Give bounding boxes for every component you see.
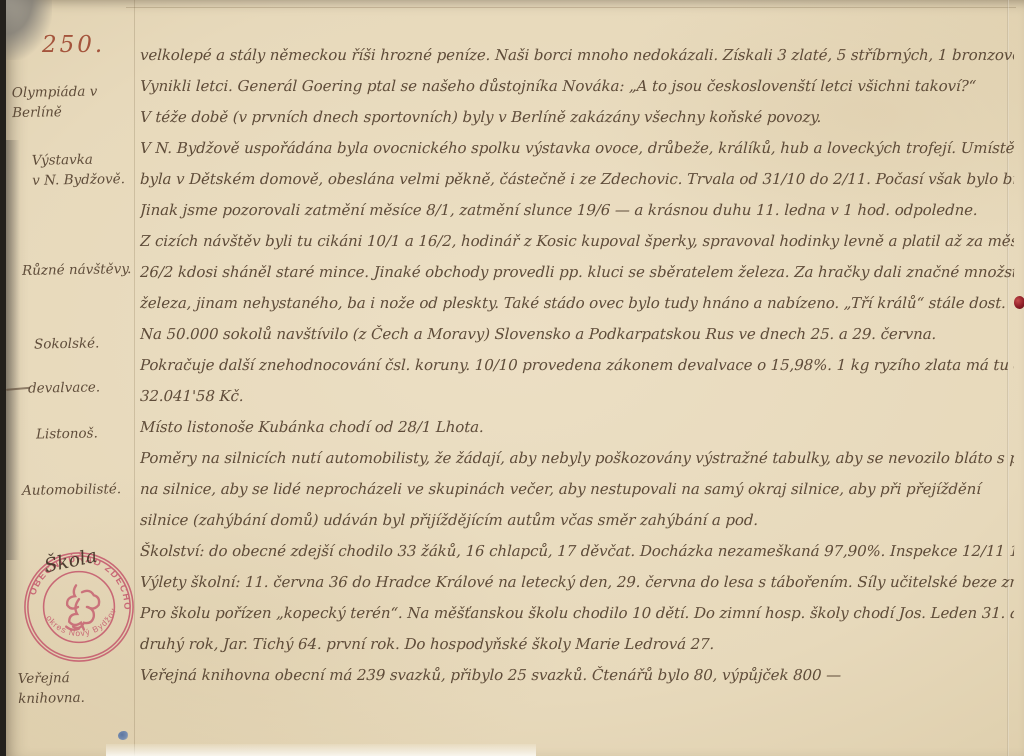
margin-label: devalvace. [28, 377, 100, 399]
body-line: Školství: do obecné zdejší chodilo 33 žá… [139, 536, 1014, 567]
body-line: železa, jinam nehystaného, ba i nože od … [139, 288, 1014, 319]
red-wax-dot [1014, 296, 1024, 309]
page-top-edge [126, 7, 1016, 8]
body-line: Vynikli letci. Generál Goering ptal se n… [139, 71, 1014, 102]
body-line: Výlety školní: 11. června 36 do Hradce K… [139, 567, 1014, 598]
body-line: V téže době (v prvních dnech sportovních… [139, 102, 1014, 133]
body-line: silnice (zahýbání domů) udáván byl přijí… [139, 505, 1014, 536]
body-line: velkolepé a stály německou říši hrozné p… [139, 40, 1014, 71]
body-line: Jinak jsme pozorovali zatmění měsíce 8/1… [139, 195, 1014, 226]
body-line: Veřejná knihovna obecní má 239 svazků, p… [139, 660, 1014, 691]
chronicle-page: 250. Olympiáda v BerlíněVýstavka v N. By… [6, 0, 1024, 756]
body-line: 26/2 kdosi sháněl staré mince. Jinaké ob… [139, 257, 1014, 288]
body-text: velkolepé a stály německou říši hrozné p… [140, 40, 1014, 691]
body-line: Poměry na silnicích nutí automobilisty, … [139, 443, 1014, 474]
official-stamp: OBECNÍ ÚŘAD ZDECHOVICE okres Nový Bydžov… [20, 548, 138, 666]
body-line: Z cizích návštěv byli tu cikáni 10/1 a 1… [139, 226, 1014, 257]
body-line: 32.041'58 Kč. [139, 381, 1014, 412]
body-line: Pro školu pořízen „kopecký terén“. Na mě… [139, 598, 1014, 629]
margin-label: Výstavka v N. Bydžově. [32, 149, 125, 191]
margin-label: Listonoš. [36, 423, 98, 444]
body-line: Pokračuje další znehodnocování čsl. koru… [139, 350, 1014, 381]
body-line: byla v Dětském domově, obeslána velmi pě… [139, 164, 1014, 195]
margin-label: Veřejná knihovna. [18, 667, 135, 710]
margin-label: Olympiáda v Berlíně [12, 81, 135, 124]
chronicle-photo: 250. Olympiáda v BerlíněVýstavka v N. By… [0, 0, 1024, 756]
margin-label: Různé návštěvy. [22, 259, 132, 281]
stamp-coat-of-arms [66, 585, 99, 629]
next-page-sliver [106, 744, 536, 756]
margin-label: Sokolské. [34, 333, 100, 354]
margin-label: Automobilisté. [22, 479, 121, 501]
body-line: druhý rok, Jar. Tichý 64. první rok. Do … [139, 629, 1014, 660]
body-line: na silnice, aby se lidé neprocházeli ve … [139, 474, 1014, 505]
body-line: Místo listonoše Kubánka chodí od 28/1 Lh… [139, 412, 1014, 443]
body-line: V N. Bydžově uspořádána byla ovocnického… [139, 133, 1014, 164]
body-line: Na 50.000 sokolů navštívilo (z Čech a Mo… [139, 319, 1014, 350]
